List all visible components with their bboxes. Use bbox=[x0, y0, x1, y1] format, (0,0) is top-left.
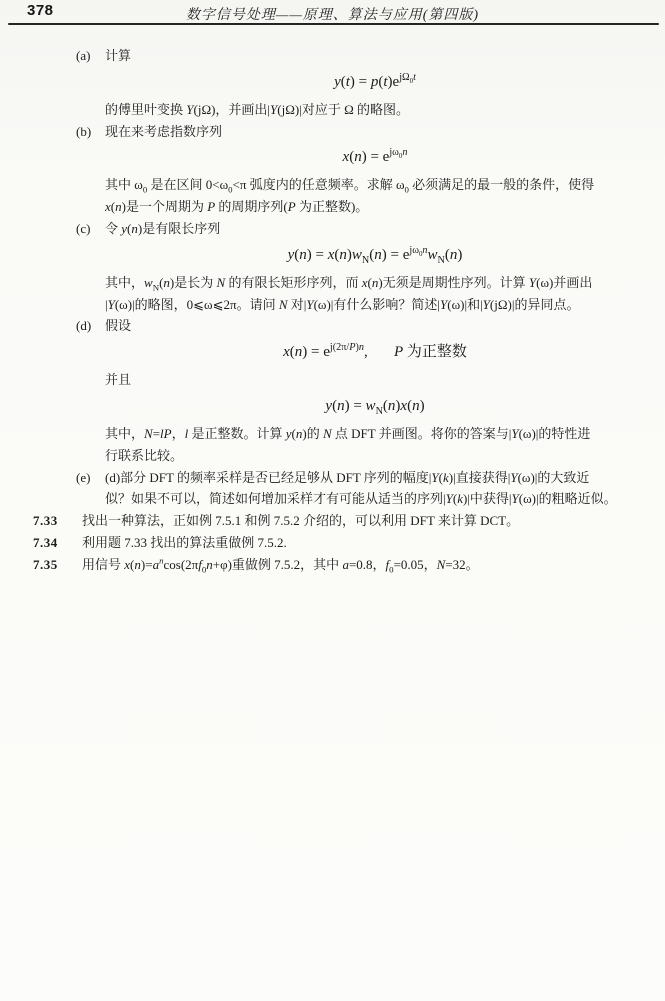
line-text: x(n) = ej(2π/P)n, P 为正整数 bbox=[283, 342, 467, 364]
line-text: 并且 bbox=[105, 372, 131, 387]
line-text: 利用题 7.33 找出的算法重做例 7.5.2. bbox=[82, 535, 287, 550]
part-line: (c)令 y(n)是有限长序列 bbox=[0, 218, 665, 240]
part-label: (e) bbox=[76, 467, 105, 489]
part-line: (d)假设 bbox=[0, 315, 665, 337]
problem-number: 7.34 bbox=[33, 532, 82, 554]
text-line: 行联系比较。 bbox=[0, 445, 665, 467]
formula-line: x(n) = ej(2π/P)n, P 为正整数 bbox=[105, 337, 645, 369]
text-line: 似？如果不可以，简述如何增加采样才有可能从适当的序列|Y(k)|中获得|Y(ω)… bbox=[0, 488, 665, 510]
part-label: (b) bbox=[76, 121, 105, 143]
line-text: x(n)是一个周期为 P 的周期序列(P 为正整数)。 bbox=[105, 199, 368, 214]
formula-line: x(n) = ejω0n bbox=[105, 142, 645, 174]
content-area: (a)计算y(t) = p(t)ejΩ0t的傅里叶变换 Y(jΩ)，并画出|Y(… bbox=[0, 45, 665, 576]
line-text: x(n) = ejω0n bbox=[343, 147, 408, 169]
problem-line: 7.35用信号 x(n)=ancos(2πf0n+φ)重做例 7.5.2，其中 … bbox=[0, 554, 665, 576]
part-label: (c) bbox=[76, 218, 105, 240]
formula-line: y(n) = x(n)wN(n) = ejω0nwN(n) bbox=[105, 240, 645, 272]
text-line: 并且 bbox=[0, 369, 665, 391]
line-text: 假设 bbox=[105, 318, 131, 333]
line-text: 似？如果不可以，简述如何增加采样才有可能从适当的序列|Y(k)|中获得|Y(ω)… bbox=[105, 491, 617, 506]
text-line: 其中 ω0 是在区间 0<ω0<π 弧度内的任意频率。求解 ω0 必须满足的最一… bbox=[0, 174, 665, 196]
part-line: (a)计算 bbox=[0, 45, 665, 67]
line-text: 其中，N=lP，l 是正整数。计算 y(n)的 N 点 DFT 并画图。将你的答… bbox=[105, 426, 590, 441]
line-text: 的傅里叶变换 Y(jΩ)，并画出|Y(jΩ)|对应于 Ω 的略图。 bbox=[105, 102, 409, 117]
line-text: 找出一种算法，正如例 7.5.1 和例 7.5.2 介绍的，可以利用 DFT 来… bbox=[82, 513, 519, 528]
part-line: (e)(d)部分 DFT 的频率采样是否已经足够从 DFT 序列的幅度|Y(k)… bbox=[0, 467, 665, 489]
line-text: 其中，wN(n)是长为 N 的有限长矩形序列，而 x(n)无须是周期性序列。计算… bbox=[105, 275, 592, 290]
page-header: 378 数字信号处理——原理、算法与应用(第四版) bbox=[0, 0, 665, 24]
line-text: y(n) = wN(n)x(n) bbox=[325, 396, 424, 418]
formula-line: y(n) = wN(n)x(n) bbox=[105, 391, 645, 423]
text-line: |Y(ω)|的略图，0⩽ω⩽2π。请问 N 对|Y(ω)|有什么影响？简述|Y(… bbox=[0, 294, 665, 316]
line-text: y(n) = x(n)wN(n) = ejω0nwN(n) bbox=[288, 245, 463, 267]
text-line: 其中，wN(n)是长为 N 的有限长矩形序列，而 x(n)无须是周期性序列。计算… bbox=[0, 272, 665, 294]
part-label: (a) bbox=[76, 45, 105, 67]
text-line: x(n)是一个周期为 P 的周期序列(P 为正整数)。 bbox=[0, 196, 665, 218]
formula-line: y(t) = p(t)ejΩ0t bbox=[105, 67, 645, 99]
line-text: 现在来考虑指数序列 bbox=[105, 124, 222, 139]
part-label: (d) bbox=[76, 315, 105, 337]
line-text: |Y(ω)|的略图，0⩽ω⩽2π。请问 N 对|Y(ω)|有什么影响？简述|Y(… bbox=[105, 297, 579, 312]
line-text: 行联系比较。 bbox=[105, 448, 183, 463]
header-rule bbox=[8, 23, 659, 25]
line-text: 用信号 x(n)=ancos(2πf0n+φ)重做例 7.5.2，其中 a=0.… bbox=[82, 557, 479, 572]
part-line: (b)现在来考虑指数序列 bbox=[0, 121, 665, 143]
line-text: 其中 ω0 是在区间 0<ω0<π 弧度内的任意频率。求解 ω0 必须满足的最一… bbox=[105, 177, 594, 192]
page-title: 数字信号处理——原理、算法与应用(第四版) bbox=[0, 4, 665, 24]
line-text: (d)部分 DFT 的频率采样是否已经足够从 DFT 序列的幅度|Y(k)|直接… bbox=[105, 470, 589, 485]
line-text: 令 y(n)是有限长序列 bbox=[105, 221, 220, 236]
problem-line: 7.34利用题 7.33 找出的算法重做例 7.5.2. bbox=[0, 532, 665, 554]
problem-number: 7.35 bbox=[33, 554, 82, 576]
line-text: 计算 bbox=[105, 48, 131, 63]
problem-line: 7.33找出一种算法，正如例 7.5.1 和例 7.5.2 介绍的，可以利用 D… bbox=[0, 510, 665, 532]
problem-number: 7.33 bbox=[33, 510, 82, 532]
text-line: 其中，N=lP，l 是正整数。计算 y(n)的 N 点 DFT 并画图。将你的答… bbox=[0, 423, 665, 445]
text-line: 的傅里叶变换 Y(jΩ)，并画出|Y(jΩ)|对应于 Ω 的略图。 bbox=[0, 99, 665, 121]
line-text: y(t) = p(t)ejΩ0t bbox=[334, 72, 416, 94]
